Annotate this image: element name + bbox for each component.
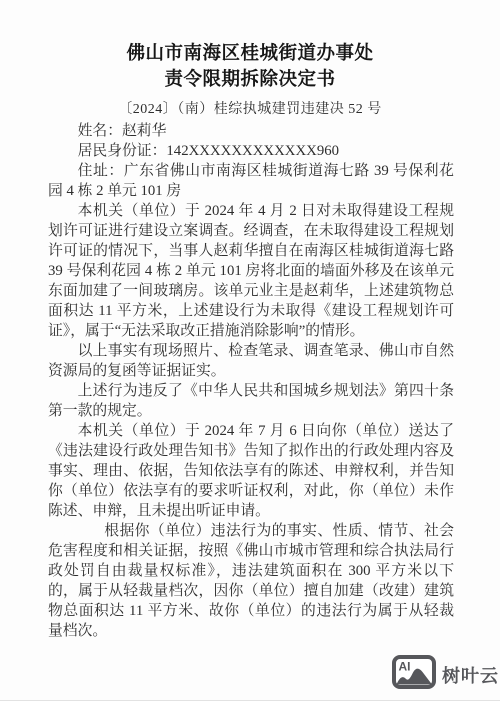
document-title-line2: 责令限期拆除决定书 [0, 67, 500, 93]
document-page: 佛山市南海区桂城街道办事处 责令限期拆除决定书 〔2024〕（南）桂综执城建罚违… [0, 0, 500, 707]
document-title: 佛山市南海区桂城街道办事处 责令限期拆除决定书 [0, 0, 500, 93]
ai-image-icon: AI [392, 655, 436, 694]
paragraph-evidence: 以上事实有现场照片、检查笔录、调查笔录、佛山市自然资源局的复函等证据证实。 [48, 341, 454, 381]
recipient-name-value: 赵莉华 [122, 123, 166, 139]
recipient-address-label: 住址： [78, 163, 124, 179]
paragraph-violation: 上述行为违反了《中华人民共和国城乡规划法》第四十条第一款的规定。 [48, 381, 454, 421]
recipient-id-value: 142XXXXXXXXXXXX960 [166, 143, 339, 159]
recipient-id-line: 居民身份证：142XXXXXXXXXXXX960 [48, 141, 454, 161]
watermark-brand-text: 树叶云 [442, 662, 499, 688]
recipient-name-label: 姓名： [78, 123, 122, 139]
paragraph-discretion: 根据你（单位）违法行为的事实、性质、情节、社会危害程度和相关证据，按照《佛山市城… [48, 521, 454, 641]
recipient-address-line: 住址：广东省佛山市南海区桂城街道海七路 39 号保利花园 4 栋 2 单元 10… [48, 161, 454, 201]
document-title-line1: 佛山市南海区桂城街道办事处 [0, 41, 500, 67]
watermark: AI 树叶云 [392, 655, 499, 694]
recipient-id-label: 居民身份证： [78, 143, 167, 159]
svg-text:AI: AI [399, 660, 411, 674]
page-bottom-margin [0, 701, 500, 707]
paragraph-notification: 本机关（单位）于 2024 年 7 月 6 日向你（单位）送达了《违法建设行政处… [48, 421, 454, 521]
document-body: 姓名：赵莉华 居民身份证：142XXXXXXXXXXXX960 住址：广东省佛山… [48, 121, 454, 641]
document-number: 〔2024〕（南）桂综执城建罚违建决 52 号 [0, 100, 500, 119]
paragraph-investigation: 本机关（单位）于 2024 年 4 月 2 日对未取得建设工程规划许可证进行建设… [48, 201, 454, 341]
recipient-name-line: 姓名：赵莉华 [48, 121, 454, 141]
